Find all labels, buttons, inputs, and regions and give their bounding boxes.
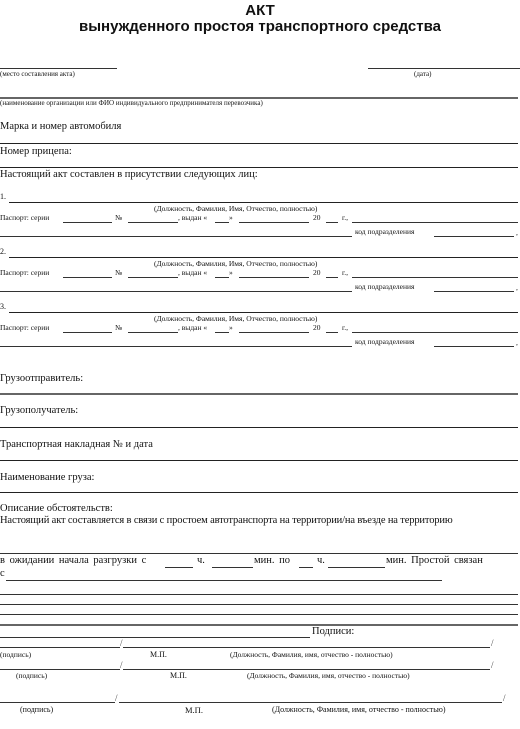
- stamp-label: М.П.: [150, 650, 167, 659]
- issued-label: , выдан «: [178, 213, 207, 222]
- name-caption: (Должность, Фамилия, имя, отчество - пол…: [272, 705, 445, 714]
- issued-by-field-2[interactable]: [0, 291, 352, 292]
- issued-by-field[interactable]: [352, 277, 518, 278]
- passport-number-sign: №: [115, 213, 122, 222]
- vehicle-input[interactable]: [140, 123, 510, 133]
- place-field-line: [0, 68, 117, 69]
- division-code-label: код подразделения: [355, 337, 414, 346]
- issued-month-field[interactable]: [239, 222, 309, 223]
- passport-number-field[interactable]: [128, 332, 178, 333]
- issued-year-field[interactable]: [326, 222, 338, 223]
- division-code-label: код подразделения: [355, 227, 414, 236]
- date-field-line: [368, 68, 520, 69]
- issued-close-mark: »: [229, 323, 233, 332]
- carrier-input[interactable]: [2, 85, 512, 95]
- division-code-label: код подразделения: [355, 282, 414, 291]
- reason-field-line-2[interactable]: [0, 594, 518, 595]
- signatures-top-line: [0, 637, 310, 638]
- place-input[interactable]: [2, 56, 114, 66]
- place-caption: (место составления акта): [0, 70, 75, 78]
- year-suffix: г.,: [342, 323, 348, 332]
- trailer-field-line: [0, 167, 518, 168]
- person-number: 2.: [0, 247, 6, 256]
- year-prefix: 20: [313, 213, 321, 222]
- person-caption: (Должность, Фамилия, Имя, Отчество, полн…: [154, 259, 317, 268]
- signature-field[interactable]: [0, 647, 120, 648]
- person-number: 3.: [0, 302, 6, 311]
- stamp-label: М.П.: [185, 705, 203, 715]
- passport-series-field[interactable]: [63, 222, 112, 223]
- signature-field[interactable]: [0, 669, 120, 670]
- vehicle-label: Марка и номер автомобиля: [0, 121, 121, 132]
- shipper-field-line: [0, 393, 518, 395]
- cargo-name-field-line: [0, 492, 518, 493]
- passport-number-field[interactable]: [128, 277, 178, 278]
- name-field[interactable]: [123, 669, 490, 670]
- circumstances-text: Настоящий акт составляется в связи с про…: [0, 515, 453, 526]
- passport-label: Паспорт: серии: [0, 213, 49, 222]
- shipper-input[interactable]: [100, 376, 510, 386]
- reason-field-line-5[interactable]: [0, 624, 518, 626]
- end-mark: ,: [516, 228, 518, 237]
- issued-by-field[interactable]: [352, 222, 518, 223]
- trailer-label: Номер прицепа:: [0, 146, 72, 157]
- passport-label: Паспорт: серии: [0, 268, 49, 277]
- reason-field-line-1[interactable]: [6, 580, 442, 581]
- consignee-input[interactable]: [96, 408, 510, 418]
- issued-day-field[interactable]: [215, 277, 229, 278]
- person-name-field[interactable]: [9, 257, 518, 258]
- vehicle-field-line: [0, 143, 518, 144]
- division-code-field[interactable]: [434, 346, 514, 347]
- date-caption: (дата): [414, 70, 431, 78]
- issued-close-mark: »: [229, 268, 233, 277]
- person-name-field[interactable]: [9, 312, 518, 313]
- signatures-heading: Подписи:: [312, 626, 354, 637]
- consignee-label: Грузополучатель:: [0, 405, 78, 416]
- issued-label: , выдан «: [178, 268, 207, 277]
- minutes-to-label: мин. по: [254, 555, 290, 566]
- passport-number-sign: №: [115, 268, 122, 277]
- territory-field-line[interactable]: [0, 553, 518, 554]
- issued-by-field[interactable]: [352, 332, 518, 333]
- year-prefix: 20: [313, 268, 321, 277]
- end-minutes-field[interactable]: [328, 567, 385, 568]
- signature-caption: (подпись): [20, 705, 53, 714]
- shipper-label: Грузоотправитель:: [0, 373, 83, 384]
- reason-prefix: с: [0, 568, 5, 579]
- signature-caption: (подпись): [0, 650, 31, 659]
- end-mark: ,: [516, 338, 518, 347]
- waiting-label: в ожидании начала разгрузки с: [0, 555, 146, 566]
- trailer-input[interactable]: [82, 148, 512, 158]
- year-suffix: г.,: [342, 213, 348, 222]
- person-number: 1.: [0, 192, 6, 201]
- passport-label: Паспорт: серии: [0, 323, 49, 332]
- issued-day-field[interactable]: [215, 332, 229, 333]
- end-hours-field[interactable]: [299, 567, 313, 568]
- name-caption: (Должность, Фамилия, имя, отчество - пол…: [230, 650, 393, 659]
- waybill-input[interactable]: [180, 442, 510, 452]
- hours-label: ч.: [197, 555, 205, 566]
- separator-slash: /: [491, 660, 494, 670]
- reason-field-line-4[interactable]: [0, 614, 518, 615]
- stamp-label: М.П.: [170, 671, 187, 680]
- issued-month-field[interactable]: [239, 277, 309, 278]
- presence-label: Настоящий акт составлен в присутствии сл…: [0, 169, 258, 180]
- start-minutes-field[interactable]: [212, 567, 253, 568]
- year-prefix: 20: [313, 323, 321, 332]
- passport-number-sign: №: [115, 323, 122, 332]
- waybill-label: Транспортная накладная № и дата: [0, 439, 153, 450]
- circumstances-heading: Описание обстоятельств:: [0, 503, 113, 514]
- passport-series-field[interactable]: [63, 277, 112, 278]
- issued-year-field[interactable]: [326, 332, 338, 333]
- issued-year-field[interactable]: [326, 277, 338, 278]
- start-hours-field[interactable]: [165, 567, 193, 568]
- name-field[interactable]: [119, 702, 502, 703]
- downtime-cause-label: мин. Простой связан: [386, 555, 483, 566]
- separator-slash: /: [503, 693, 506, 703]
- person-caption: (Должность, Фамилия, Имя, Отчество, полн…: [154, 204, 317, 213]
- issued-by-field-2[interactable]: [0, 236, 352, 237]
- issued-day-field[interactable]: [215, 222, 229, 223]
- document-title: АКТ: [0, 2, 520, 19]
- cargo-name-label: Наименование груза:: [0, 472, 94, 483]
- person-caption: (Должность, Фамилия, Имя, Отчество, полн…: [154, 314, 317, 323]
- division-code-field[interactable]: [434, 236, 514, 237]
- document-subtitle: вынужденного простоя транспортного средс…: [0, 18, 520, 35]
- person-name-field[interactable]: [9, 202, 518, 203]
- cargo-name-input[interactable]: [110, 475, 510, 485]
- division-code-field[interactable]: [434, 291, 514, 292]
- passport-series-field[interactable]: [63, 332, 112, 333]
- signature-field[interactable]: [0, 702, 115, 703]
- reason-field-line-3[interactable]: [0, 604, 518, 605]
- waybill-field-line: [0, 460, 518, 461]
- name-caption: (Должность, Фамилия, имя, отчество - пол…: [247, 671, 410, 680]
- hours-label-2: ч.: [317, 555, 325, 566]
- issued-close-mark: »: [229, 213, 233, 222]
- date-input[interactable]: [370, 56, 518, 66]
- signature-caption: (подпись): [16, 671, 47, 680]
- end-mark: ,: [516, 283, 518, 292]
- issued-by-field-2[interactable]: [0, 346, 352, 347]
- issued-month-field[interactable]: [239, 332, 309, 333]
- issued-label: , выдан «: [178, 323, 207, 332]
- year-suffix: г.,: [342, 268, 348, 277]
- carrier-caption: (наименование организации или ФИО индиви…: [0, 99, 263, 107]
- passport-number-field[interactable]: [128, 222, 178, 223]
- consignee-field-line: [0, 427, 518, 428]
- separator-slash: /: [115, 693, 118, 703]
- separator-slash: /: [491, 638, 494, 648]
- name-field[interactable]: [123, 647, 490, 648]
